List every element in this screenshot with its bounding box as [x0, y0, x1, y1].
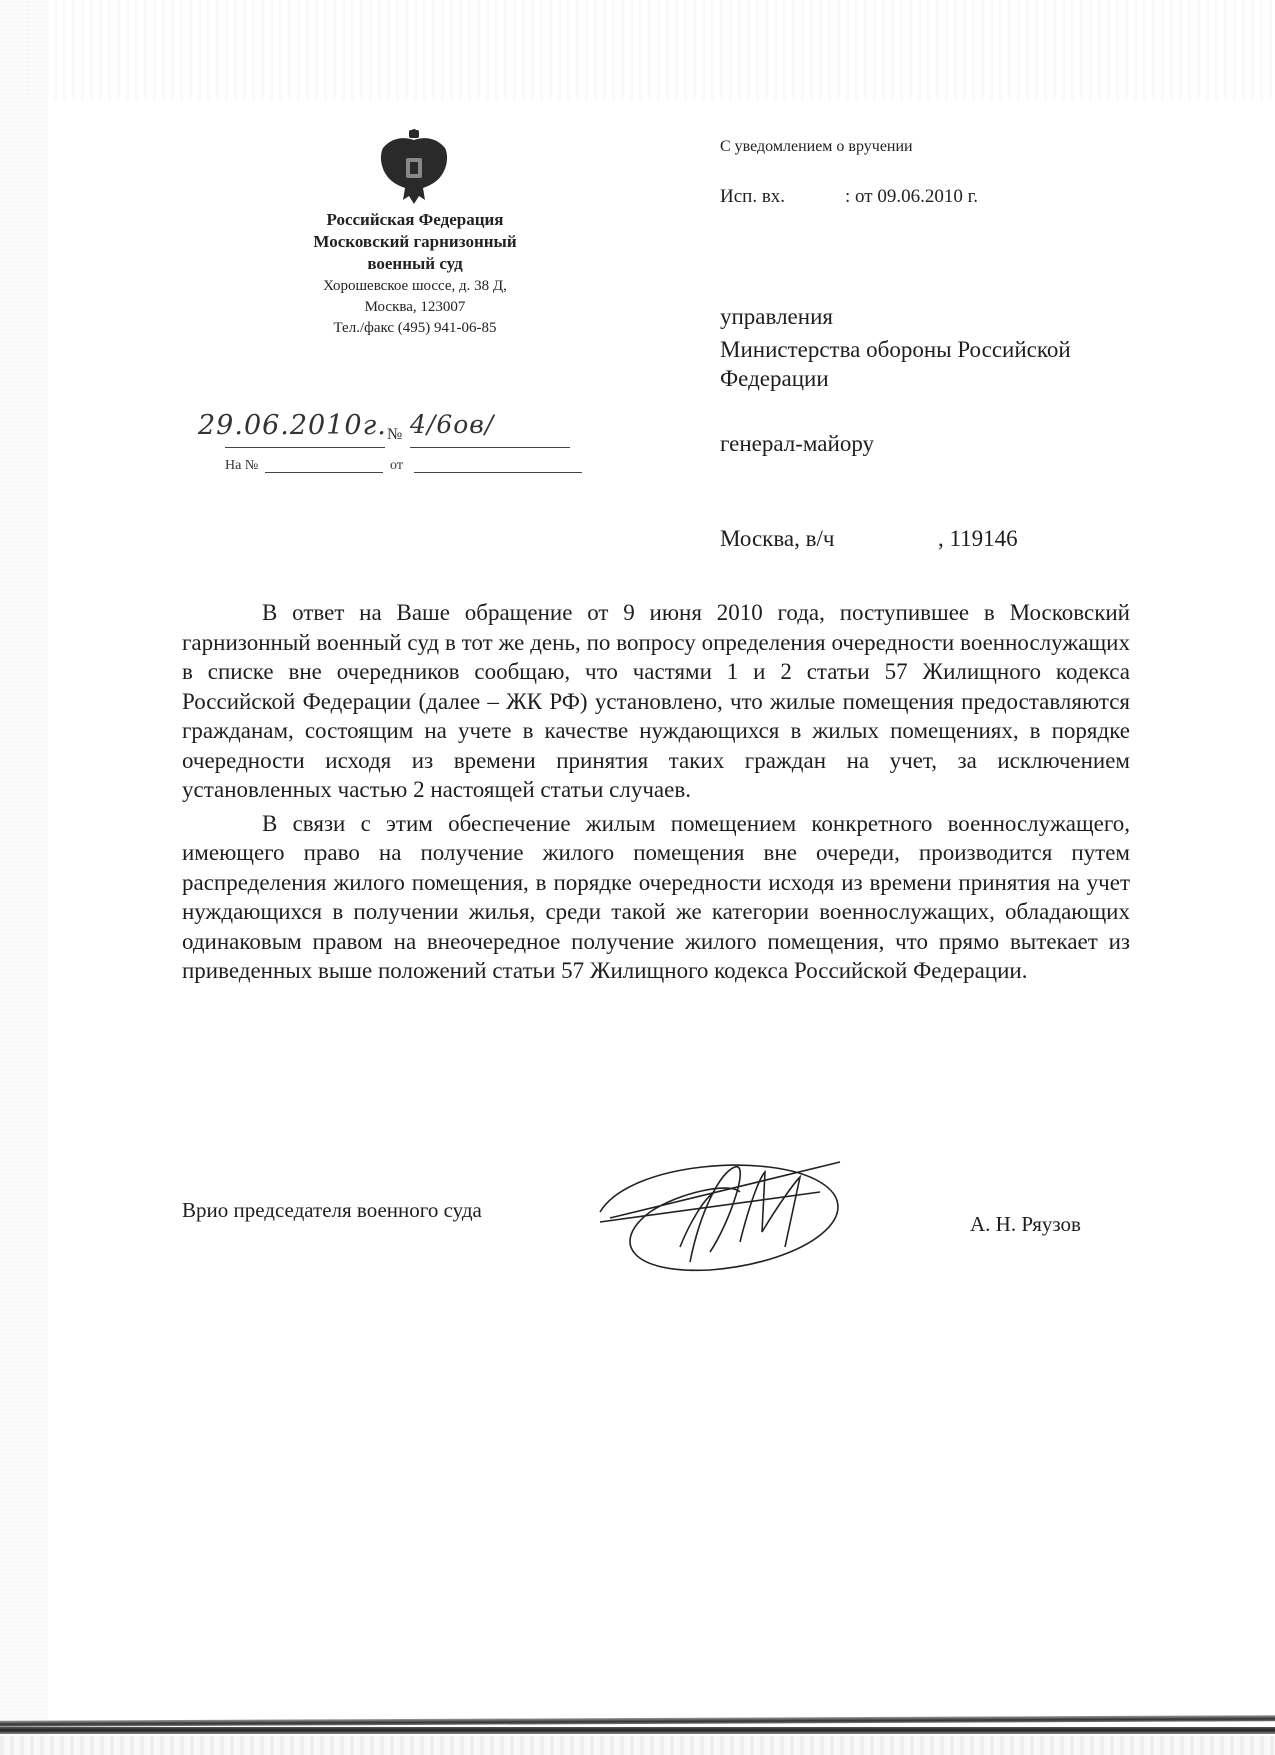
addressee-line-3: Федерации [720, 364, 829, 394]
outgoing-number-label: № [387, 426, 402, 444]
incoming-label: Исп. вх. [720, 186, 785, 208]
scan-artifact-left [0, 0, 48, 1755]
org-name-line-2: Московский гарнизонный [230, 231, 600, 252]
addressee-line-2: Министерства обороны Российской [720, 335, 1071, 365]
scan-edge-strip [0, 1736, 1275, 1755]
addressee-line-1: управления [720, 302, 833, 332]
number-underline [410, 447, 570, 448]
signatory-name: А. Н. Ряузов [970, 1212, 1081, 1237]
delivery-notice: С уведомлением о вручении [720, 138, 913, 156]
addressee-postcode: , 119146 [938, 524, 1018, 554]
org-name-line-3: военный суд [230, 253, 600, 274]
date-underline [225, 447, 385, 448]
reference-date-line [414, 472, 582, 473]
addressee-city: Москва, в/ч [720, 524, 834, 554]
body-paragraph-1: В ответ на Ваше обращение от 9 июня 2010… [182, 598, 1130, 805]
coat-of-arms-icon [373, 128, 455, 206]
letter-body: В ответ на Ваше обращение от 9 июня 2010… [182, 598, 1130, 986]
body-paragraph-2: В связи с этим обеспечение жилым помещен… [182, 809, 1130, 986]
org-name-line-1: Российская Федерация [230, 209, 600, 230]
signatory-position: Врио председателя военного суда [182, 1198, 482, 1223]
org-address-city: Москва, 123007 [230, 297, 600, 317]
scan-artifact-top [0, 0, 1275, 100]
org-address-street: Хорошевское шоссе, д. 38 Д, [230, 276, 600, 296]
addressee-rank: генерал-майору [720, 429, 874, 459]
org-phone-fax: Тел./факс (495) 941-06-85 [230, 318, 600, 338]
scan-edge-bar [0, 1727, 1275, 1734]
reference-number-label: На № [225, 458, 258, 474]
outgoing-date-handwritten: 29.06.2010г. [198, 410, 387, 441]
incoming-date: : от 09.06.2010 г. [845, 186, 978, 208]
outgoing-number-handwritten: 4/6ов/ [410, 410, 494, 439]
reference-number-line [265, 472, 383, 473]
reference-from-label: от [390, 458, 403, 474]
scan-edge-bar [0, 1715, 1275, 1727]
handwritten-signature-icon [590, 1152, 880, 1274]
